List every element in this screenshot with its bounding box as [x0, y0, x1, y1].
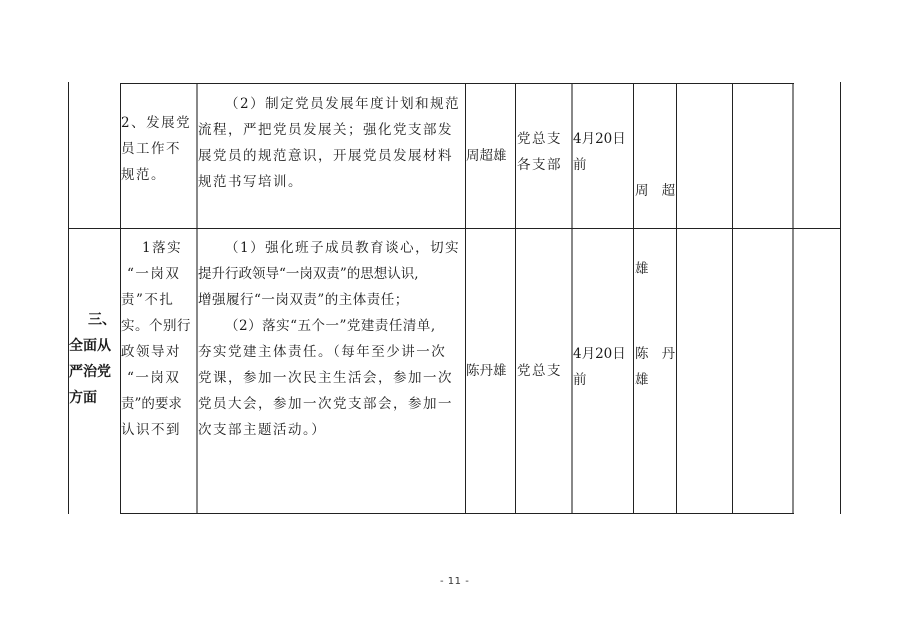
column-divider — [732, 83, 733, 514]
row1-leader-cell: 周超雄 — [466, 143, 516, 169]
row2-category-cell: 三、 全面从 严治党 方面 — [69, 307, 121, 411]
department-line: 各支部 — [517, 152, 572, 178]
measure-line: 次支部主题活动。） — [198, 417, 466, 443]
table-left-border — [68, 82, 69, 514]
measure-line: 规范书写培训。 — [198, 169, 466, 195]
measure-line: （2）落实“五个一”党建责任清单, — [198, 313, 466, 339]
column-divider — [792, 83, 794, 514]
measure-line: 党课，参加一次民主生活会，参加一次 — [198, 365, 466, 391]
department-line: 党总支 — [517, 358, 572, 384]
problem-line: 1落实 — [121, 235, 197, 261]
problem-line: 责”的要求 — [121, 391, 197, 417]
page-number: - 11 - — [440, 576, 469, 587]
measure-line: 提升行政领导“一岗双责”的思想认识, — [198, 261, 466, 287]
table-bottom-border — [120, 513, 794, 514]
leader-name: 周超雄 — [466, 143, 516, 169]
table-right-border — [840, 82, 841, 514]
department-line: 党总支 — [517, 126, 572, 152]
row2-leader-cell: 陈丹雄 — [466, 358, 516, 384]
category-line: 三、 — [69, 307, 121, 333]
row1-deadline-cell: 4月20日 前 — [573, 126, 634, 178]
problem-line: 责”不扎 — [121, 287, 197, 313]
problem-line: 规范。 — [121, 162, 197, 188]
measure-line: 展党员的规范意识，开展党员发展材料 — [198, 143, 466, 169]
responsible-line: 雄 — [635, 256, 677, 282]
row1-department-cell: 党总支 各支部 — [517, 126, 572, 178]
row2-measure-cell: （1）强化班子成员教育谈心，切实 提升行政领导“一岗双责”的思想认识, 增强履行… — [198, 235, 466, 443]
measure-line: 增强履行“一岗双责”的主体责任； — [198, 287, 466, 313]
problem-line: 实。个别行 — [121, 313, 197, 339]
problem-line: 政领导对 — [121, 339, 197, 365]
row2-department-cell: 党总支 — [517, 358, 572, 384]
responsible-line: 周 超 — [635, 178, 677, 204]
responsible-line: 陈 丹 — [635, 341, 677, 367]
row1-responsible-cell: 周 超 雄 — [635, 126, 677, 334]
row2-deadline-cell: 4月20日 前 — [573, 341, 634, 393]
problem-line: 员工作不 — [121, 136, 197, 162]
problem-line: 认识不到 — [121, 417, 197, 443]
deadline-line: 4月20日 — [573, 341, 634, 367]
category-line: 方面 — [69, 385, 121, 411]
category-line: 全面从 — [69, 333, 121, 359]
problem-line: “一岗双 — [121, 261, 197, 287]
row-divider — [68, 228, 841, 229]
responsible-line: 雄 — [635, 367, 677, 393]
measure-line: 夯实党建主体责任。（每年至少讲一次 — [198, 339, 466, 365]
row1-problem-cell: 2、发展党 员工作不 规范。 — [121, 110, 197, 188]
measure-line: 流程，严把党员发展关；强化党支部发 — [198, 117, 466, 143]
problem-line: 2、发展党 — [121, 110, 197, 136]
deadline-line: 前 — [573, 367, 634, 393]
table-top-border — [120, 83, 794, 84]
deadline-line: 前 — [573, 152, 634, 178]
measure-line: 党员大会，参加一次党支部会，参加一 — [198, 391, 466, 417]
document-page: 2、发展党 员工作不 规范。 （2）制定党员发展年度计划和规范 流程，严把党员发… — [0, 0, 907, 622]
row2-responsible-cell: 陈 丹 雄 — [635, 341, 677, 393]
category-line: 严治党 — [69, 359, 121, 385]
deadline-line: 4月20日 — [573, 126, 634, 152]
row2-problem-cell: 1落实 “一岗双 责”不扎 实。个别行 政领导对 “一岗双 责”的要求 认识不到 — [121, 235, 197, 443]
row1-measure-cell: （2）制定党员发展年度计划和规范 流程，严把党员发展关；强化党支部发 展党员的规… — [198, 91, 466, 195]
leader-name: 陈丹雄 — [466, 358, 516, 384]
measure-line: （1）强化班子成员教育谈心，切实 — [198, 235, 466, 261]
problem-line: “一岗双 — [121, 365, 197, 391]
measure-line: （2）制定党员发展年度计划和规范 — [198, 91, 466, 117]
